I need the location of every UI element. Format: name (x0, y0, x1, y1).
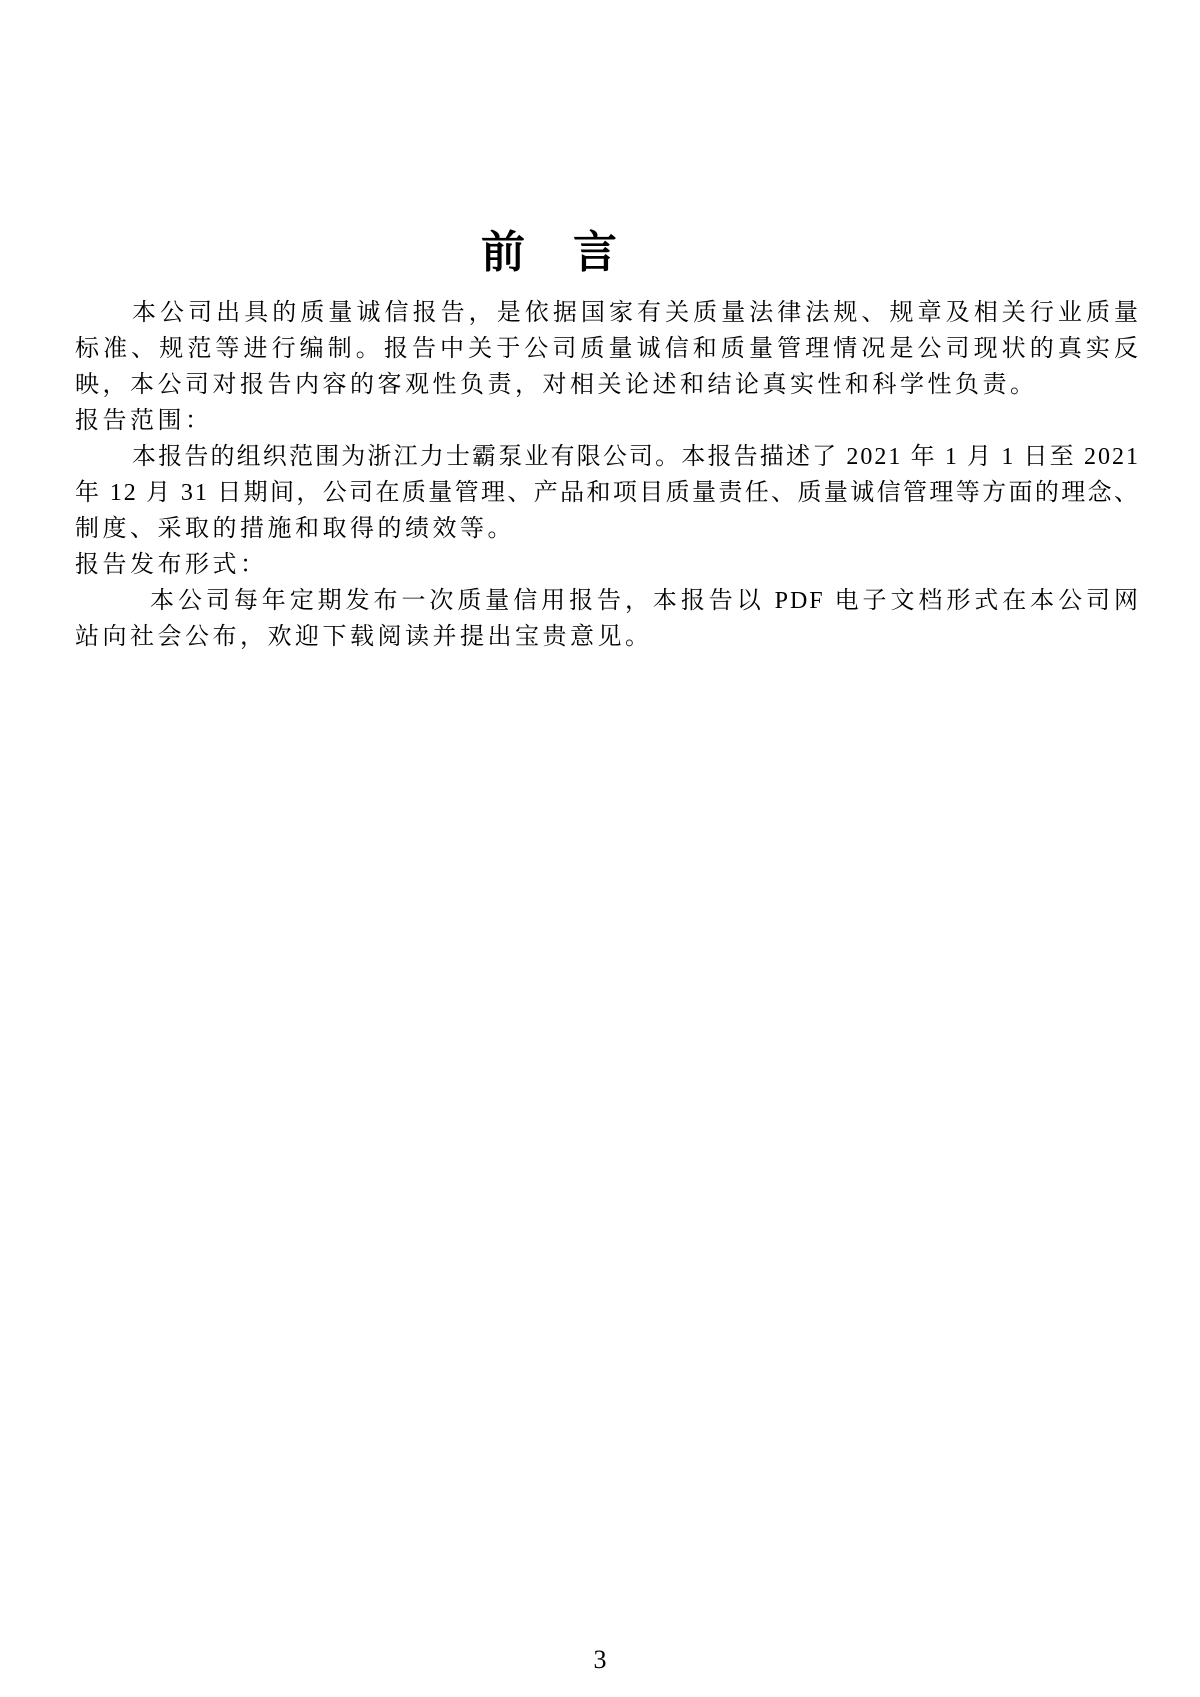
paragraph-intro: 本公司出具的质量诚信报告，是依据国家有关质量法律法规、规章及相关行业质量 标准、… (75, 295, 1140, 403)
section-heading: 报告发布形式： (75, 547, 1140, 583)
text-line: 本报告的组织范围为浙江力士霸泵业有限公司。本报告描述了 2021 年 1 月 1… (75, 439, 1140, 475)
text-line: 本公司每年定期发布一次质量信用报告，本报告以 PDF 电子文档形式在本公司网 (75, 583, 1140, 619)
page-title: 前 言 (0, 222, 1100, 284)
paragraph-release-form: 本公司每年定期发布一次质量信用报告，本报告以 PDF 电子文档形式在本公司网 站… (75, 583, 1140, 655)
paragraph-report-scope: 本报告的组织范围为浙江力士霸泵业有限公司。本报告描述了 2021 年 1 月 1… (75, 439, 1140, 547)
heading-report-scope: 报告范围： (75, 403, 1140, 439)
document-page: 前 言 本公司出具的质量诚信报告，是依据国家有关质量法律法规、规章及相关行业质量… (0, 0, 1200, 1697)
text-line: 年 12 月 31 日期间，公司在质量管理、产品和项目质量责任、质量诚信管理等方… (75, 475, 1140, 511)
section-heading: 报告范围： (75, 403, 1140, 439)
heading-release-form: 报告发布形式： (75, 547, 1140, 583)
page-number: 3 (0, 1644, 1200, 1676)
text-line: 标准、规范等进行编制。报告中关于公司质量诚信和质量管理情况是公司现状的真实反 (75, 331, 1140, 367)
document-body: 本公司出具的质量诚信报告，是依据国家有关质量法律法规、规章及相关行业质量 标准、… (75, 295, 1140, 655)
text-line: 映，本公司对报告内容的客观性负责，对相关论述和结论真实性和科学性负责。 (75, 367, 1140, 403)
text-line: 制度、采取的措施和取得的绩效等。 (75, 511, 1140, 547)
text-line: 本公司出具的质量诚信报告，是依据国家有关质量法律法规、规章及相关行业质量 (75, 295, 1140, 331)
text-line: 站向社会公布，欢迎下载阅读并提出宝贵意见。 (75, 619, 1140, 655)
